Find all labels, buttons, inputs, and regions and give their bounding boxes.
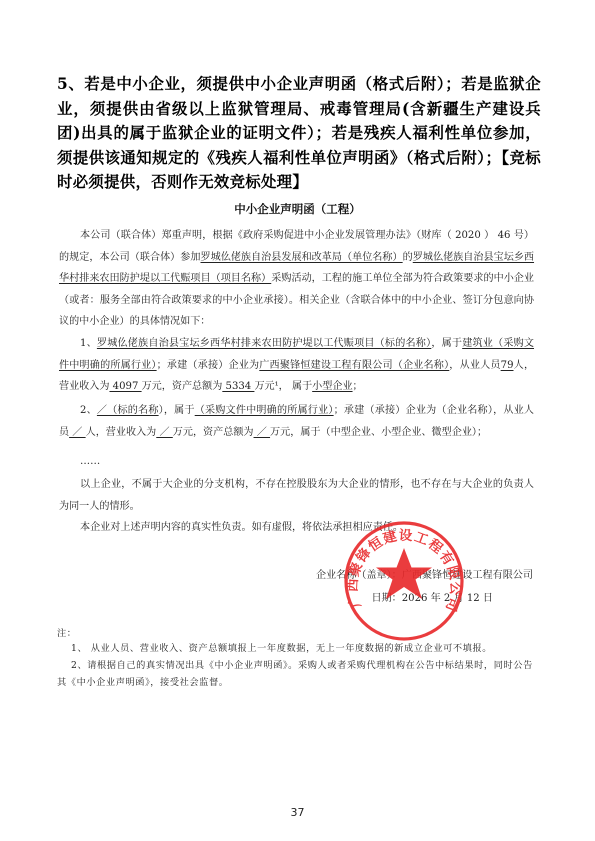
- static-text: 万元，资产总额为: [142, 381, 223, 392]
- enterprise-item-2: 2、／（标的名称），属于（采购文件中明确的所属行业）；承建（承接）企业为（企业名…: [59, 400, 534, 443]
- item-number: 1、: [80, 338, 97, 349]
- page-number: 37: [0, 806, 595, 819]
- enterprise-item-1: 1、罗城仫佬族自治县宝坛乡西华村排来农田防护堤以工代赈项目（标的名称），属于建筑…: [59, 333, 534, 398]
- intro-paragraph: 本公司（联合体）郑重声明，根据《政府采购促进中小企业发展管理办法》（财库（ 20…: [59, 225, 534, 333]
- static-text: ；承建（承接）企业为: [157, 360, 260, 371]
- signature-date-line: 日期：2026 年 2 月 12 日: [371, 591, 493, 607]
- revenue-value: 4097: [109, 381, 141, 392]
- static-text: ，属于: [431, 338, 462, 349]
- static-text: 万元，属于（中型企业、小型企业、微型企业）；: [270, 427, 487, 438]
- company-name: 广西聚锋恒建设工程有限公司: [402, 570, 533, 581]
- signature-company-line: 企业名称（盖章）：广西聚锋恒建设工程有限公司: [316, 568, 533, 584]
- subject-name: 罗城仫佬族自治县宝坛乡西华村排来农田防护堤以工代赈项目（标的名称）: [97, 338, 431, 349]
- purchaser-name: 罗城仫佬族自治县发展和改革局（单位名称）: [201, 252, 403, 263]
- static-text: 万元，资产总额为: [173, 427, 254, 438]
- ellipsis: ……: [59, 451, 534, 473]
- document-page: 5、若是中小企业，须提供中小企业声明函（格式后附）；若是监狱企业，须提供由省级以…: [0, 0, 595, 841]
- static-text: 万元¹， 属于: [254, 381, 312, 392]
- employee-count: ／: [69, 427, 86, 438]
- date-value: 2026 年 2 月 12 日: [402, 593, 493, 604]
- static-text: ），属于: [159, 405, 195, 416]
- static-text: ；: [353, 381, 363, 392]
- employee-count: 79: [501, 360, 514, 371]
- statement-independence: 以上企业，不属于大企业的分支机构，不存在控股股东为大企业的情形，也不存在与大企业…: [59, 474, 534, 517]
- statement-responsibility: 本企业对上述声明内容的真实性负责。如有虚假，将依法承担相应责任。: [59, 517, 534, 539]
- declaration-title: 中小企业声明函（工程）: [0, 201, 595, 217]
- assets-value: 5334: [222, 381, 254, 392]
- subject-name: ／（标的名称: [97, 405, 159, 416]
- industry: （采购文件中明确的所属行业）: [195, 405, 334, 416]
- date-label: 日期：: [371, 593, 401, 604]
- enterprise-size: 小型企业: [312, 381, 352, 392]
- assets-value: ／: [254, 427, 271, 438]
- revenue-value: ／: [156, 427, 173, 438]
- note-1: 1、 从业人员、营业收入、资产总额填报上一年度数据，无上一年度数据的新成立企业可…: [57, 641, 537, 658]
- company-label: 企业名称（盖章）：: [316, 570, 402, 581]
- static-text: ，从业人员: [449, 360, 500, 371]
- static-text: 人，营业收入为: [86, 427, 157, 438]
- intro-text-2: 的: [403, 252, 413, 263]
- requirement-paragraph: 5、若是中小企业，须提供中小企业声明函（格式后附）；若是监狱企业，须提供由省级以…: [57, 72, 541, 195]
- item-number: 2、: [80, 405, 97, 416]
- note-2: 2、请根据自己的真实情况出具《中小企业声明函》。采购人或者采购代理机构在公告中标…: [57, 658, 537, 691]
- company-name: 广西聚锋恒建设工程有限公司（企业名称）: [259, 360, 449, 371]
